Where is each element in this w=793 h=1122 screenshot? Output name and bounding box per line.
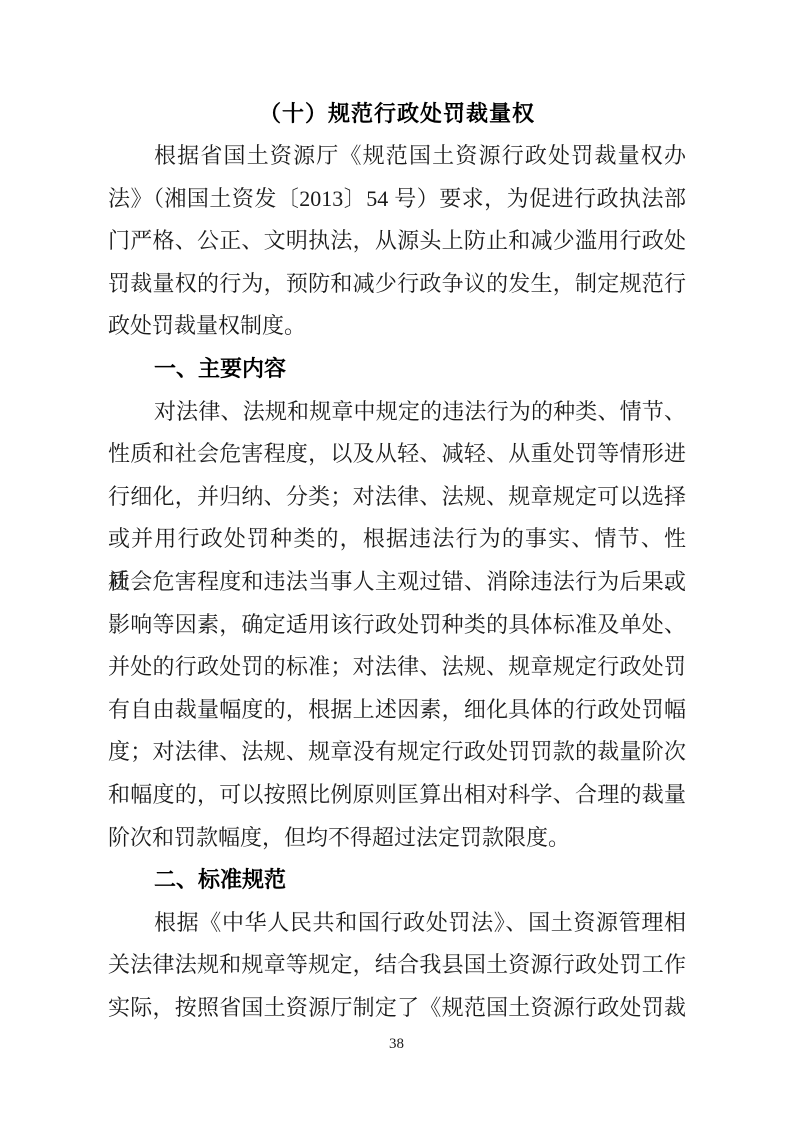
body-text-line: 关法律法规和规章等规定，结合我县国土资源行政处罚工作: [108, 944, 686, 987]
body-text-line: 社会危害程度和违法当事人主观过错、消除违法行为后果或: [108, 561, 686, 604]
body-text-line: 政处罚裁量权制度。: [108, 305, 686, 348]
body-text-line: 法》（湘国土资发〔2013〕54 号）要求，为促进行政执法部: [108, 178, 686, 221]
subsection-heading-1: 一、主要内容: [108, 348, 686, 391]
body-text-line: 影响等因素，确定适用该行政处罚种类的具体标准及单处、: [108, 604, 686, 647]
paragraph-2: 对法律、法规和规章中规定的违法行为的种类、情节、 性质和社会危害程度，以及从轻、…: [108, 391, 686, 860]
body-text-line: 或并用行政处罚种类的，根据违法行为的事实、情节、性质、: [108, 518, 686, 561]
section-title: （十）规范行政处罚裁量权: [108, 92, 686, 135]
document-content: （十）规范行政处罚裁量权 根据省国土资源厅《规范国土资源行政处罚裁量权办 法》（…: [108, 92, 686, 1029]
body-text-line: 实际，按照省国土资源厅制定了《规范国土资源行政处罚裁: [108, 987, 686, 1030]
body-text-line: 门严格、公正、文明执法，从源头上防止和减少滥用行政处: [108, 220, 686, 263]
body-text-line: 度；对法律、法规、规章没有规定行政处罚罚款的裁量阶次: [108, 731, 686, 774]
body-text-line: 有自由裁量幅度的，根据上述因素，细化具体的行政处罚幅: [108, 689, 686, 732]
body-text-line: 行细化，并归纳、分类；对法律、法规、规章规定可以选择: [108, 476, 686, 519]
subsection-heading-2: 二、标准规范: [108, 859, 686, 902]
body-text-line: 并处的行政处罚的标准；对法律、法规、规章规定行政处罚: [108, 646, 686, 689]
body-text-line: 和幅度的，可以按照比例原则匡算出相对科学、合理的裁量: [108, 774, 686, 817]
body-text-line: 阶次和罚款幅度，但均不得超过法定罚款限度。: [108, 817, 686, 860]
body-text-line: 根据《中华人民共和国行政处罚法》、国土资源管理相: [108, 902, 686, 945]
body-text-line: 性质和社会危害程度，以及从轻、减轻、从重处罚等情形进: [108, 433, 686, 476]
paragraph-1: 根据省国土资源厅《规范国土资源行政处罚裁量权办 法》（湘国土资发〔2013〕54…: [108, 135, 686, 348]
body-text-line: 罚裁量权的行为，预防和减少行政争议的发生，制定规范行: [108, 263, 686, 306]
page-number: 38: [0, 1036, 793, 1053]
body-text-line: 对法律、法规和规章中规定的违法行为的种类、情节、: [108, 391, 686, 434]
body-text-line: 根据省国土资源厅《规范国土资源行政处罚裁量权办: [108, 135, 686, 178]
paragraph-3: 根据《中华人民共和国行政处罚法》、国土资源管理相 关法律法规和规章等规定，结合我…: [108, 902, 686, 1030]
document-page: （十）规范行政处罚裁量权 根据省国土资源厅《规范国土资源行政处罚裁量权办 法》（…: [0, 0, 793, 1122]
